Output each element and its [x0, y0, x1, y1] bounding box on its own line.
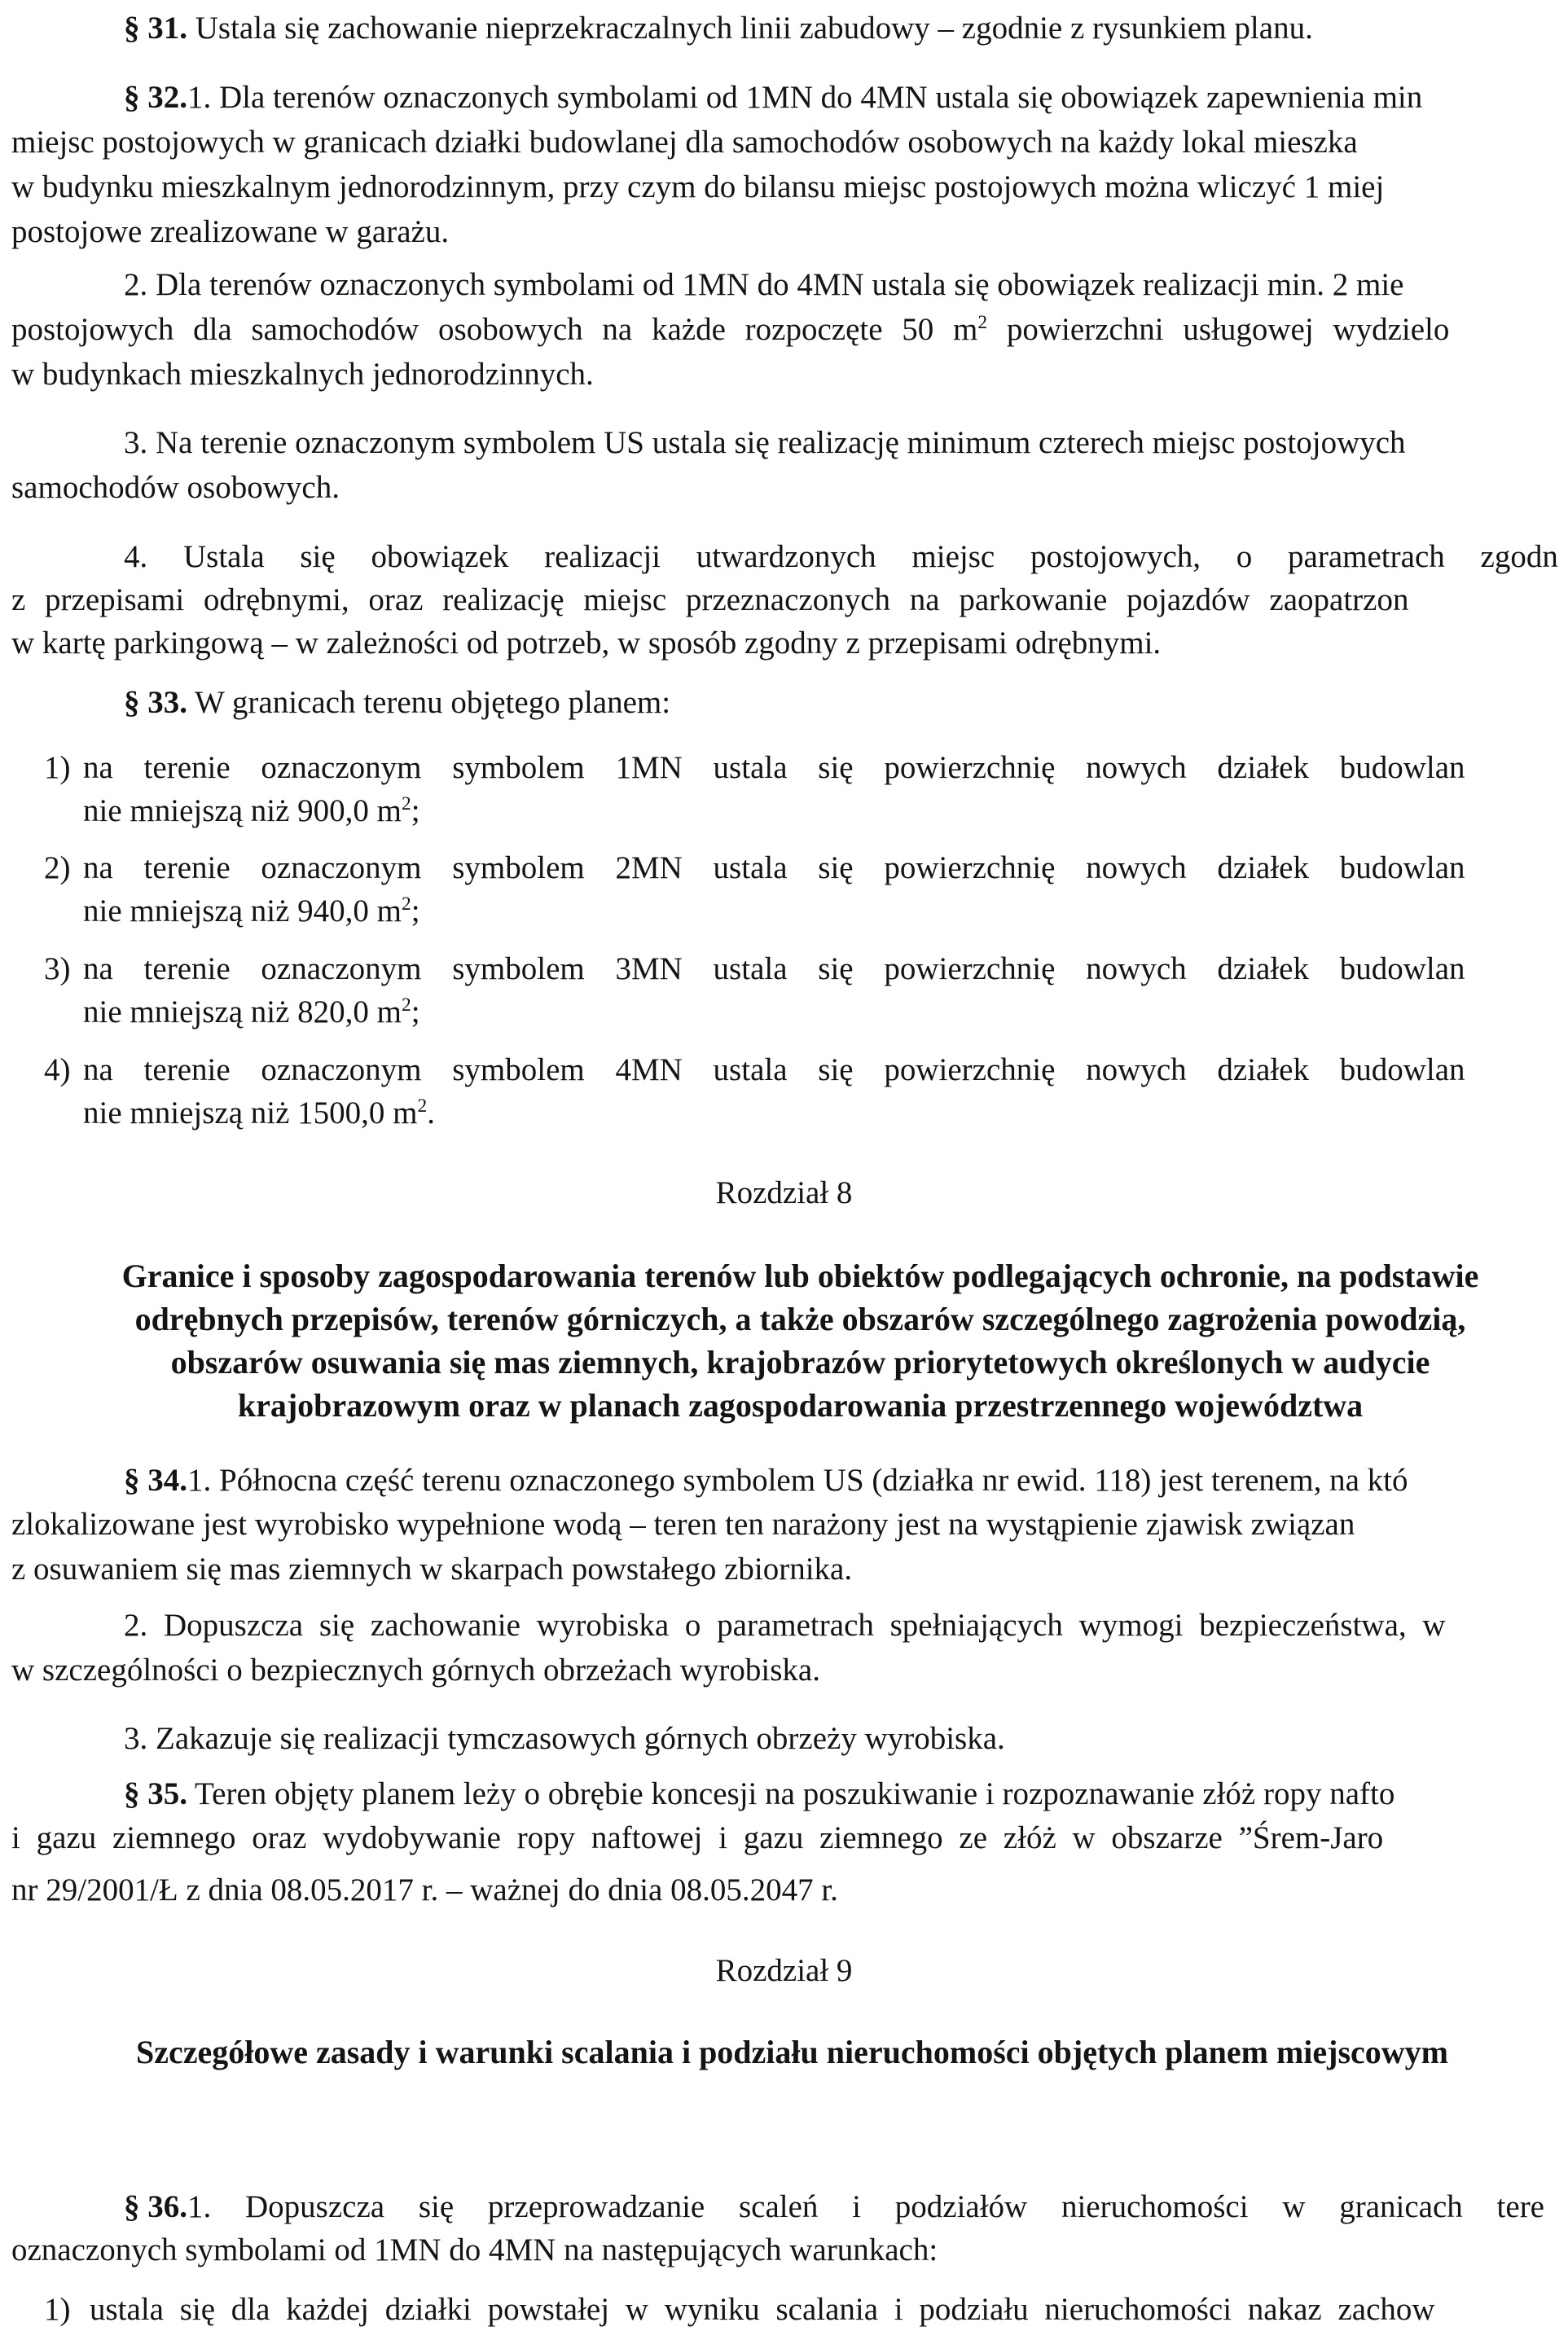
list-item: ustala się dla każdej działki powstałej …	[90, 2291, 1435, 2329]
list-item-cont: nie mniejszą niż 1500,0 m2.	[83, 1095, 435, 1132]
chapter-title: obszarów osuwania się mas ziemnych, kraj…	[16, 1344, 1568, 1381]
paragraph-33: § 33. W granicach terenu objętego planem…	[124, 684, 670, 722]
paragraph-32-item-1: § 32.1. Dla terenów oznaczonych symbolam…	[124, 79, 1422, 116]
text-line: i gazu ziemnego oraz wydobywanie ropy na…	[11, 1820, 1383, 1857]
list-item-number: 3)	[44, 950, 71, 988]
text-line: oznaczonych symbolami od 1MN do 4MN na n…	[11, 2232, 938, 2269]
chapter-label: Rozdział 9	[0, 1952, 1568, 1990]
chapter-title: Szczegółowe zasady i warunki scalania i …	[8, 2034, 1568, 2071]
text-line: samochodów osobowych.	[11, 469, 340, 507]
chapter-label: Rozdział 8	[0, 1174, 1568, 1212]
text-line: z przepisami odrębnymi, oraz realizację …	[11, 582, 1408, 619]
paragraph-32-item-3: 3. Na terenie oznaczonym symbolem US ust…	[124, 424, 1406, 462]
paragraph-31: § 31. Ustala się zachowanie nieprzekracz…	[124, 10, 1313, 47]
text-line: w szczególności o bezpiecznych górnych o…	[11, 1652, 820, 1689]
paragraph-32-item-2: 2. Dla terenów oznaczonych symbolami od …	[124, 266, 1403, 304]
paragraph-mark: § 33.	[124, 685, 187, 720]
chapter-title: krajobrazowym oraz w planach zagospodaro…	[16, 1387, 1568, 1424]
paragraph-mark: § 32.	[124, 80, 187, 115]
paragraph-32-item-4: 4. Ustala się obowiązek realizacji utwar…	[124, 538, 1558, 576]
paragraph-34-item-3: 3. Zakazuje się realizacji tymczasowych …	[124, 1720, 1005, 1758]
text-line: postojowych dla samochodów osobowych na …	[11, 311, 1449, 349]
text-line: w budynku mieszkalnym jednorodzinnym, pr…	[11, 169, 1384, 206]
list-item-number: 4)	[44, 1051, 71, 1089]
document-page: § 31. Ustala się zachowanie nieprzekracz…	[0, 0, 1568, 2331]
list-item-cont: nie mniejszą niż 940,0 m2;	[83, 893, 420, 930]
list-item-number: 2)	[44, 849, 71, 887]
chapter-title: Granice i sposoby zagospodarowania teren…	[16, 1258, 1568, 1295]
list-item-number: 1)	[44, 749, 71, 787]
paragraph-mark: § 36.	[124, 2189, 187, 2224]
text-line: miejsc postojowych w granicach działki b…	[11, 124, 1358, 161]
paragraph-mark: § 35.	[124, 1776, 187, 1811]
paragraph-mark: § 31.	[124, 11, 187, 46]
list-item: na terenie oznaczonym symbolem 3MN ustal…	[83, 950, 1465, 988]
text-line: zlokalizowane jest wyrobisko wypełnione …	[11, 1506, 1355, 1543]
list-item-number: 1)	[44, 2291, 71, 2329]
list-item-cont: nie mniejszą niż 820,0 m2;	[83, 994, 420, 1031]
paragraph-35: § 35. Teren objęty planem leży o obrębie…	[124, 1776, 1395, 1813]
paragraph-34-item-2: 2. Dopuszcza się zachowanie wyrobiska o …	[124, 1607, 1446, 1644]
paragraph-mark: § 34.	[124, 1463, 187, 1498]
list-item: na terenie oznaczonym symbolem 1MN ustal…	[83, 749, 1465, 787]
chapter-title: odrębnych przepisów, terenów górniczych,…	[16, 1301, 1568, 1338]
text-line: postojowe zrealizowane w garażu.	[11, 213, 449, 251]
text-line: z osuwaniem się mas ziemnych w skarpach …	[11, 1551, 852, 1588]
paragraph-34-item-1: § 34.1. Północna część terenu oznaczoneg…	[124, 1462, 1408, 1499]
paragraph-36-item-1: § 36.1. Dopuszcza się przeprowadzanie sc…	[124, 2188, 1544, 2226]
text-line: w budynkach mieszkalnych jednorodzinnych…	[11, 356, 594, 393]
list-item-cont: nie mniejszą niż 900,0 m2;	[83, 792, 420, 830]
list-item: na terenie oznaczonym symbolem 4MN ustal…	[83, 1051, 1465, 1089]
text-line: w kartę parkingową – w zależności od pot…	[11, 625, 1161, 662]
list-item: na terenie oznaczonym symbolem 2MN ustal…	[83, 849, 1465, 887]
text-line: nr 29/2001/Ł z dnia 08.05.2017 r. – ważn…	[11, 1872, 838, 1909]
